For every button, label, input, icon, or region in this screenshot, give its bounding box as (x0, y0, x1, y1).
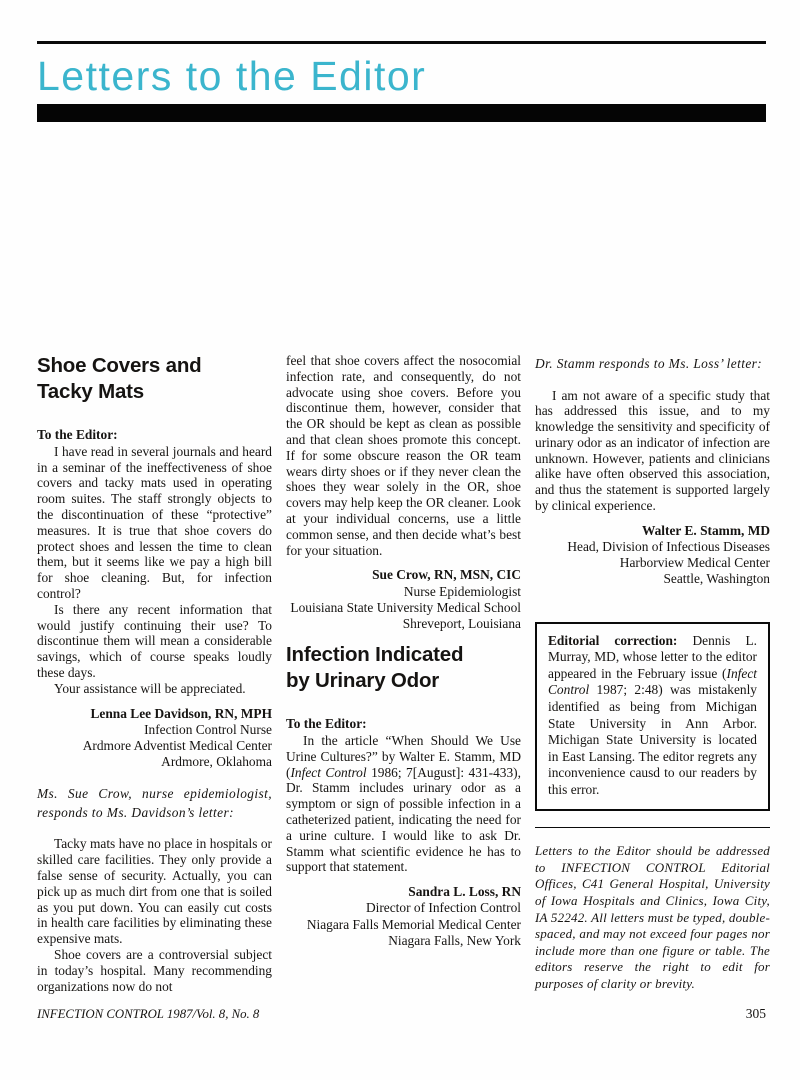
letter2-paragraph-text: 1986; 7[August]: 431-433), Dr. Stamm inc… (286, 765, 521, 875)
blank-region (37, 122, 766, 353)
signature-name: Walter E. Stamm, MD (535, 523, 770, 539)
signature-name: Sue Crow, RN, MSN, CIC (286, 567, 521, 583)
letter1-paragraph: Is there any recent information that wou… (37, 602, 272, 681)
letter2-response-intro: Dr. Stamm responds to Ms. Loss’ letter: (535, 355, 770, 374)
letter2-salutation: To the Editor: (286, 716, 521, 732)
submission-instructions: Letters to the Editor should be addresse… (535, 843, 770, 992)
editorial-correction-lead: Editorial correction: (548, 633, 677, 648)
journal-page: Letters to the Editor Shoe Covers and Ta… (0, 0, 800, 1080)
signature-line: Director of Infection Control (286, 900, 521, 916)
letters-columns: Shoe Covers and Tacky Mats To the Editor… (37, 353, 766, 994)
signature-line: Ardmore, Oklahoma (37, 754, 272, 770)
column-1: Shoe Covers and Tacky Mats To the Editor… (37, 353, 272, 994)
column-2: feel that shoe covers affect the nosocom… (286, 353, 521, 994)
letter2-response-signature: Walter E. Stamm, MD Head, Division of In… (535, 523, 770, 588)
signature-line: Ardmore Adventist Medical Center (37, 738, 272, 754)
signature-name: Lenna Lee Davidson, RN, MPH (37, 706, 272, 722)
letter1-paragraph: Your assistance will be appreciated. (37, 681, 272, 697)
letter2-response-paragraph: I am not aware of a specific study that … (535, 388, 770, 514)
letter1-response-paragraph: Tacky mats have no place in hospitals or… (37, 836, 272, 947)
journal-name-italic: Infect Control (290, 765, 366, 780)
letter1-response-intro: Ms. Sue Crow, nurse epidemiologist, resp… (37, 785, 272, 822)
signature-line: Shreveport, Louisiana (286, 616, 521, 632)
letter1-response-continuation: feel that shoe covers affect the nosocom… (286, 353, 521, 558)
column-3: Dr. Stamm responds to Ms. Loss’ letter: … (535, 353, 770, 994)
top-rule (37, 41, 766, 44)
page-footer: INFECTION CONTROL 1987/Vol. 8, No. 8 305 (37, 1006, 766, 1022)
signature-line: Infection Control Nurse (37, 722, 272, 738)
signature-line: Louisiana State University Medical Schoo… (286, 600, 521, 616)
letter2-heading: Infection Indicated by Urinary Odor (286, 642, 521, 694)
signature-line: Niagara Falls Memorial Medical Center (286, 917, 521, 933)
horizontal-rule (535, 827, 770, 829)
signature-name: Sandra L. Loss, RN (286, 884, 521, 900)
page-number: 305 (746, 1006, 766, 1022)
title-divider-bar (37, 104, 766, 122)
page-title: Letters to the Editor (37, 53, 766, 99)
letter1-response-paragraph: Shoe covers are a controversial subject … (37, 947, 272, 994)
letter1-heading: Shoe Covers and Tacky Mats (37, 353, 272, 405)
journal-reference: INFECTION CONTROL 1987/Vol. 8, No. 8 (37, 1007, 259, 1022)
letter1-response-signature: Sue Crow, RN, MSN, CIC Nurse Epidemiolog… (286, 567, 521, 632)
letter1-signature: Lenna Lee Davidson, RN, MPH Infection Co… (37, 706, 272, 771)
letter2-paragraph: In the article “When Should We Use Urine… (286, 733, 521, 875)
letter1-paragraph: I have read in several journals and hear… (37, 444, 272, 602)
editorial-correction-box: Editorial correction: Dennis L. Murray, … (535, 622, 770, 811)
signature-line: Seattle, Washington (535, 571, 770, 587)
signature-line: Nurse Epidemiologist (286, 584, 521, 600)
letter1-salutation: To the Editor: (37, 427, 272, 443)
signature-line: Niagara Falls, New York (286, 933, 521, 949)
signature-line: Harborview Medical Center (535, 555, 770, 571)
signature-line: Head, Division of Infectious Diseases (535, 539, 770, 555)
editorial-correction-text: 1987; 2:48) was mistakenly identified as… (548, 682, 757, 797)
letter2-signature: Sandra L. Loss, RN Director of Infection… (286, 884, 521, 949)
